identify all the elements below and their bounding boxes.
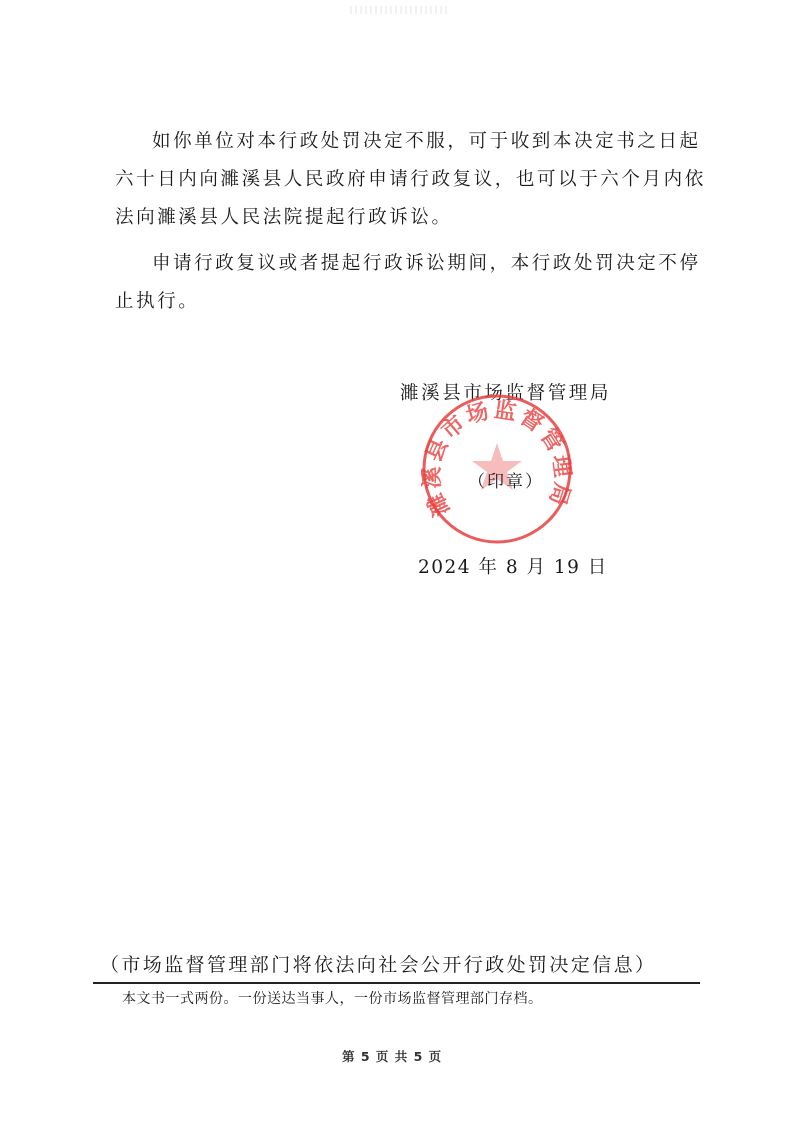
paragraph-line: 法向濉溪县人民法院提起行政诉讼。: [115, 199, 695, 237]
page-number: 第 5 页 共 5 页: [342, 1047, 442, 1065]
appeal-rights-paragraph: 如你单位对本行政处罚决定不服，可于收到本决定书之日起 六十日内向濉溪县人民政府申…: [115, 123, 695, 237]
paragraph-line: 六十日内向濉溪县人民政府申请行政复议，也可以于六个月内依: [115, 161, 695, 199]
paragraph-line: 止执行。: [115, 283, 695, 321]
execution-paragraph: 申请行政复议或者提起行政诉讼期间，本行政处罚决定不停 止执行。: [115, 245, 695, 321]
footer-divider: [93, 982, 700, 984]
signature-date: 2024 年 8 月 19 日: [418, 553, 608, 579]
document-page: 如你单位对本行政处罚决定不服，可于收到本决定书之日起 六十日内向濉溪县人民政府申…: [0, 0, 793, 1121]
scan-artifact: [350, 6, 450, 14]
paragraph-line: 申请行政复议或者提起行政诉讼期间，本行政处罚决定不停: [115, 245, 695, 283]
copies-note: 本文书一式两份。一份送达当事人，一份市场监督管理部门存档。: [122, 988, 543, 1008]
public-disclosure-notice: （市场监督管理部门将依法向社会公开行政处罚决定信息）: [100, 950, 656, 977]
seal-label: （印章）: [468, 467, 544, 492]
paragraph-line: 如你单位对本行政处罚决定不服，可于收到本决定书之日起: [115, 123, 695, 161]
